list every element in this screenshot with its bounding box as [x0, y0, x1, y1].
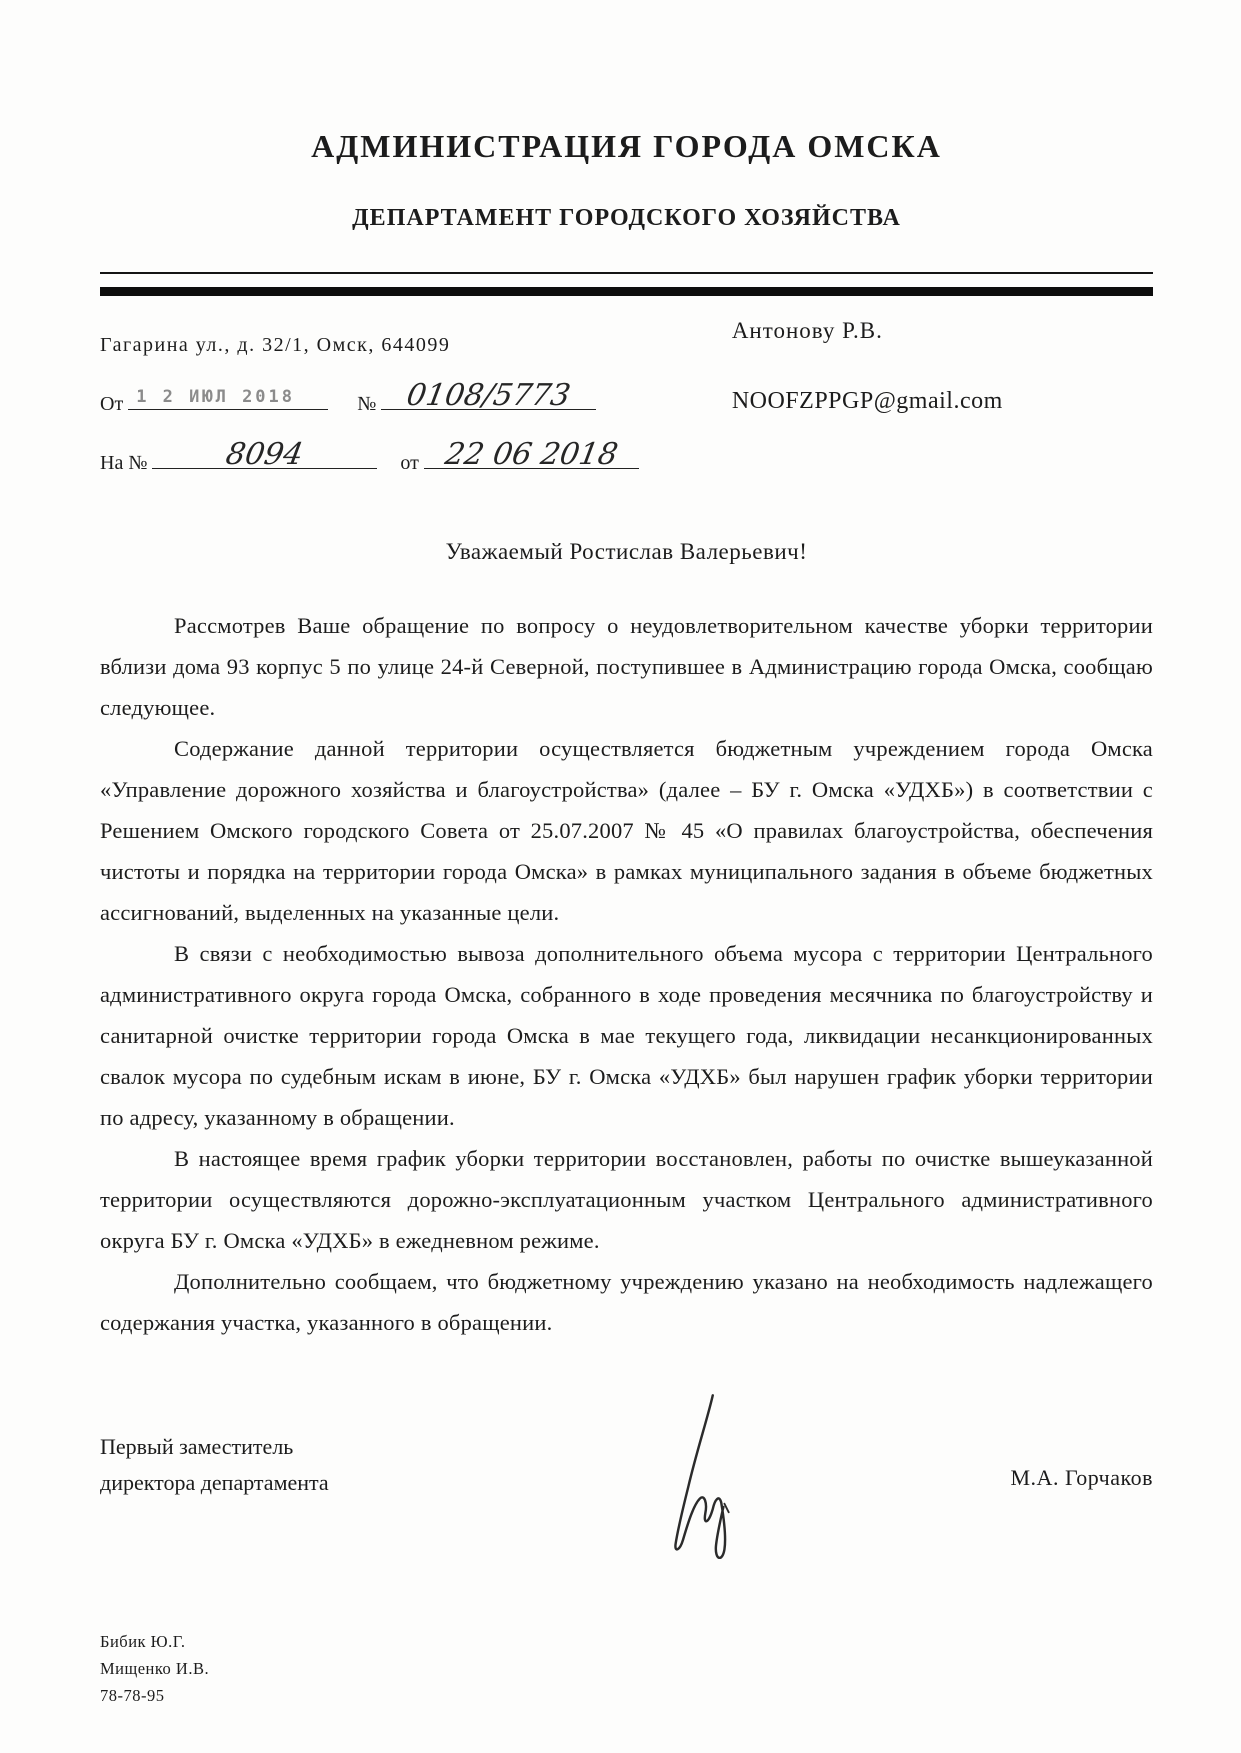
executor-phone: 78-78-95	[100, 1682, 1153, 1709]
outgoing-number-handwritten: 0108/5773	[378, 378, 599, 413]
incoming-number-handwritten: 8094	[149, 437, 380, 472]
recipient-name: Антонову Р.В.	[732, 318, 1153, 344]
organization-title: АДМИНИСТРАЦИЯ ГОРОДА ОМСКА	[100, 128, 1153, 165]
body-paragraph: Рассмотрев Ваше обращение по вопросу о н…	[100, 605, 1153, 728]
signer-position-line2: директора департамента	[100, 1465, 329, 1501]
number-label: №	[357, 393, 376, 416]
sender-address: Гагарина ул., д. 32/1, Омск, 644099	[100, 334, 690, 357]
of-label: от	[400, 452, 418, 475]
executors-footer: Бибик Ю.Г. Мищенко И.В. 78-78-95	[100, 1628, 1153, 1709]
date-stamp: 1 2 ИЮЛ 2018	[136, 387, 295, 407]
incoming-number-blank: 8094	[152, 442, 377, 469]
signature-scrawl-icon	[645, 1389, 755, 1564]
body-paragraph: В связи с необходимостью вывоза дополнит…	[100, 933, 1153, 1138]
outgoing-number-blank: 0108/5773	[381, 383, 596, 410]
outgoing-number-line: От 1 2 ИЮЛ 2018 № 0108/5773	[100, 383, 690, 416]
signer-name: М.А. Горчаков	[1011, 1429, 1153, 1491]
outgoing-date-blank: 1 2 ИЮЛ 2018	[128, 383, 328, 410]
department-title: ДЕПАРТАМЕНТ ГОРОДСКОГО ХОЗЯЙСТВА	[100, 205, 1153, 232]
recipient-email: NOOFZPPGP@gmail.com	[732, 388, 1153, 415]
on-number-label: На №	[100, 452, 147, 475]
sender-reference: Гагарина ул., д. 32/1, Омск, 644099 От 1…	[100, 316, 690, 475]
scanned-letter-page: АДМИНИСТРАЦИЯ ГОРОДА ОМСКА ДЕПАРТАМЕНТ Г…	[0, 0, 1241, 1753]
reference-block: Гагарина ул., д. 32/1, Омск, 644099 От 1…	[100, 316, 1153, 475]
executor-name: Бибик Ю.Г.	[100, 1628, 1153, 1655]
incoming-date-blank: 22 06 2018	[424, 442, 639, 469]
salutation: Уважаемый Ростислав Валерьевич!	[100, 539, 1153, 565]
signer-position-line1: Первый заместитель	[100, 1429, 329, 1465]
incoming-number-line: На № 8094 от 22 06 2018	[100, 442, 690, 475]
body-paragraph: Дополнительно сообщаем, что бюджетному у…	[100, 1261, 1153, 1343]
letter-body: Рассмотрев Ваше обращение по вопросу о н…	[100, 605, 1153, 1343]
letterhead: АДМИНИСТРАЦИЯ ГОРОДА ОМСКА ДЕПАРТАМЕНТ Г…	[100, 128, 1153, 232]
recipient-block: Антонову Р.В. NOOFZPPGP@gmail.com	[732, 316, 1153, 475]
signer-position: Первый заместитель директора департамент…	[100, 1429, 329, 1501]
body-paragraph: Содержание данной территории осуществляе…	[100, 728, 1153, 933]
divider-thick-rule	[100, 287, 1153, 296]
signature-block: Первый заместитель директора департамент…	[100, 1429, 1153, 1564]
divider-thin-rule	[100, 272, 1153, 274]
executor-name: Мищенко И.В.	[100, 1655, 1153, 1682]
body-paragraph: В настоящее время график уборки территор…	[100, 1138, 1153, 1261]
incoming-date-handwritten: 22 06 2018	[421, 437, 642, 472]
from-label: От	[100, 393, 123, 416]
